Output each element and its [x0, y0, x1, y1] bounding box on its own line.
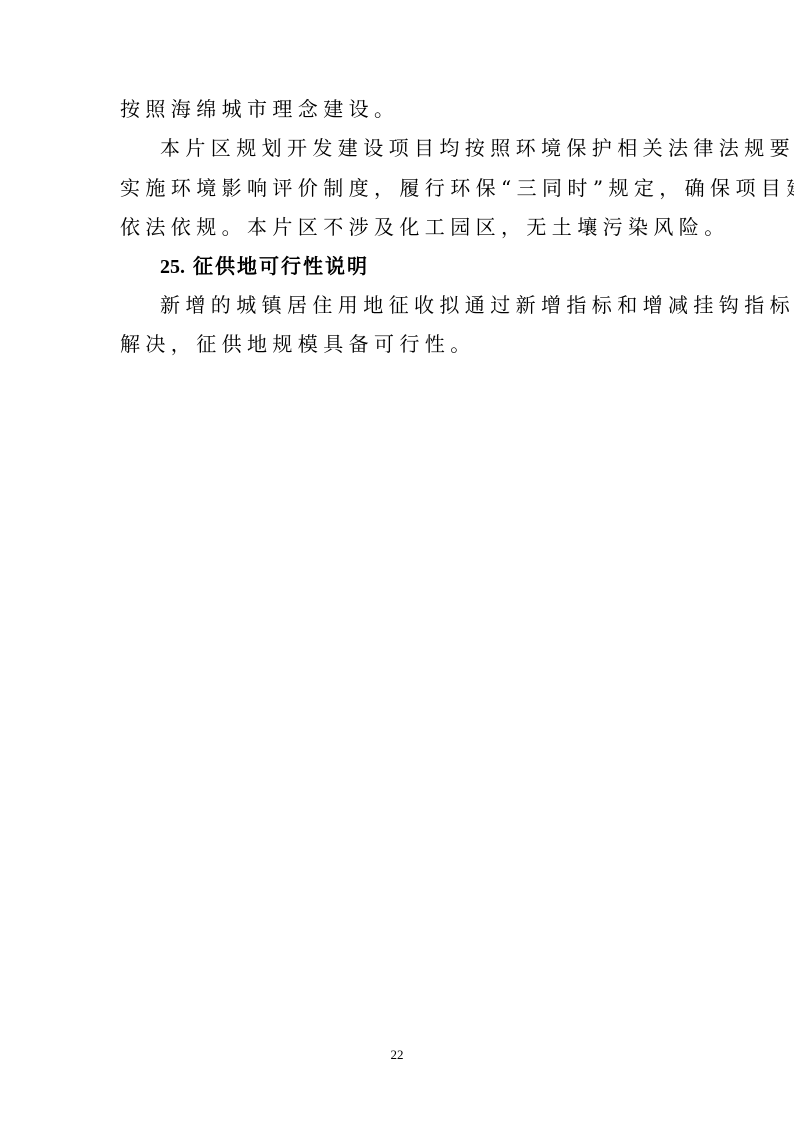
paragraph-line: 实施环境影响评价制度，履行环保“三同时”规定，确保项目建设: [120, 176, 794, 200]
paragraph-line: 本片区规划开发建设项目均按照环境保护相关法律法规要求，: [160, 136, 794, 160]
page-number: 22: [0, 1047, 794, 1063]
section-number: 25.: [160, 256, 185, 278]
paragraph-line: 解决，征供地规模具备可行性。: [120, 332, 476, 356]
paragraph-line: 按照海绵城市理念建设。: [120, 97, 399, 121]
section-title: 征供地可行性说明: [193, 254, 369, 278]
paragraph-line: 新增的城镇居住用地征收拟通过新增指标和增减挂钩指标予以: [160, 293, 794, 317]
paragraph-line: 依法依规。本片区不涉及化工园区，无土壤污染风险。: [120, 215, 730, 239]
section-heading: 25.征供地可行性说明: [160, 254, 369, 279]
